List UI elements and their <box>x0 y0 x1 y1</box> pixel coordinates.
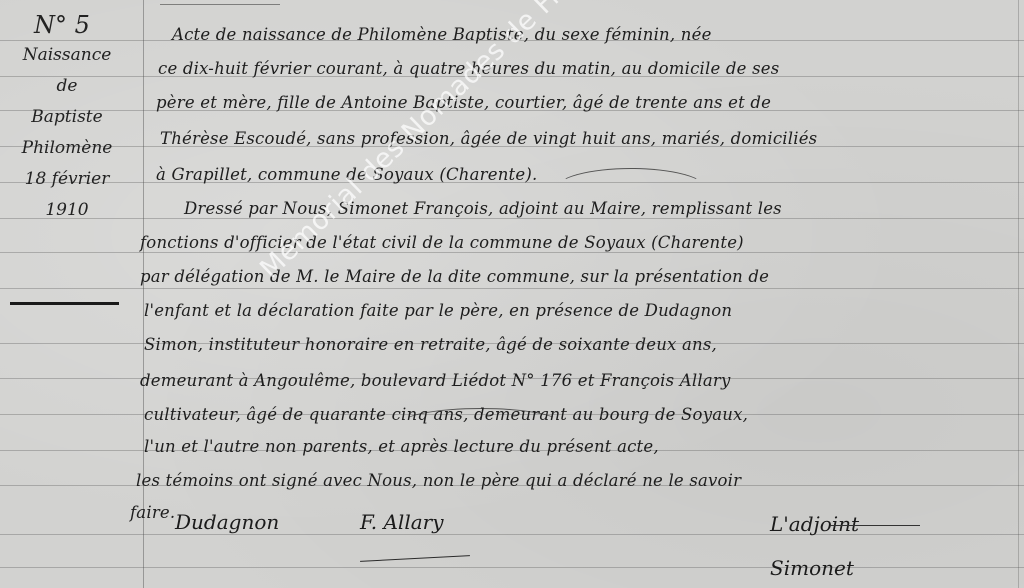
ruled-line <box>0 218 1024 219</box>
act-line: père et mère, fille de Antoine Baptiste,… <box>156 93 771 112</box>
document-page: N° 5 Naissance de Baptiste Philomène 18 … <box>0 0 1024 588</box>
signature-underline <box>360 555 470 562</box>
flourish <box>555 168 707 210</box>
flourish <box>400 408 562 440</box>
officer-title: L'adjoint <box>770 512 859 536</box>
act-number: N° 5 <box>0 10 134 40</box>
previous-entry-fragment <box>160 0 280 5</box>
ruled-line <box>0 534 1024 535</box>
act-line: fonctions d'officier de l'état civil de … <box>140 233 744 252</box>
act-line: à Grapillet, commune de Soyaux (Charente… <box>156 165 537 184</box>
act-line: Dressé par Nous, Simonet François, adjoi… <box>184 199 782 218</box>
act-line: faire. <box>130 503 175 522</box>
margin-line <box>143 0 144 588</box>
act-line: par délégation de M. le Maire de la dite… <box>140 267 769 286</box>
ruled-line <box>0 288 1024 289</box>
signature-officer-simonet: Simonet <box>770 556 854 580</box>
act-line: demeurant à Angoulême, boulevard Liédot … <box>140 371 730 390</box>
act-line: l'enfant et la déclaration faite par le … <box>144 301 732 320</box>
margin-separator <box>10 302 119 305</box>
right-edge-line <box>1018 0 1019 588</box>
signature-witness-dudagnon: Dudagnon <box>175 510 279 534</box>
margin-line-year: 1910 <box>0 195 134 226</box>
act-line: ce dix-huit février courant, à quatre he… <box>158 59 779 78</box>
ruled-line <box>0 252 1024 253</box>
act-line: Simon, instituteur honoraire en retraite… <box>144 335 717 354</box>
margin-line-surname: Baptiste <box>0 102 134 133</box>
act-line: Acte de naissance de Philomène Baptiste,… <box>172 25 712 44</box>
act-line: l'un et l'autre non parents, et après le… <box>144 437 659 456</box>
margin-line-2: de <box>0 71 134 102</box>
ruled-line <box>0 567 1024 568</box>
margin-line-date: 18 février <box>0 164 134 195</box>
margin-line-firstname: Philomène <box>0 133 134 164</box>
margin-annotation: N° 5 Naissance de Baptiste Philomène 18 … <box>0 10 134 226</box>
margin-line-1: Naissance <box>0 40 134 71</box>
officer-title-line <box>830 525 920 526</box>
signature-witness-allary: F. Allary <box>360 510 444 534</box>
act-line: les témoins ont signé avec Nous, non le … <box>136 471 741 490</box>
act-line: Thérèse Escoudé, sans profession, âgée d… <box>160 129 817 148</box>
